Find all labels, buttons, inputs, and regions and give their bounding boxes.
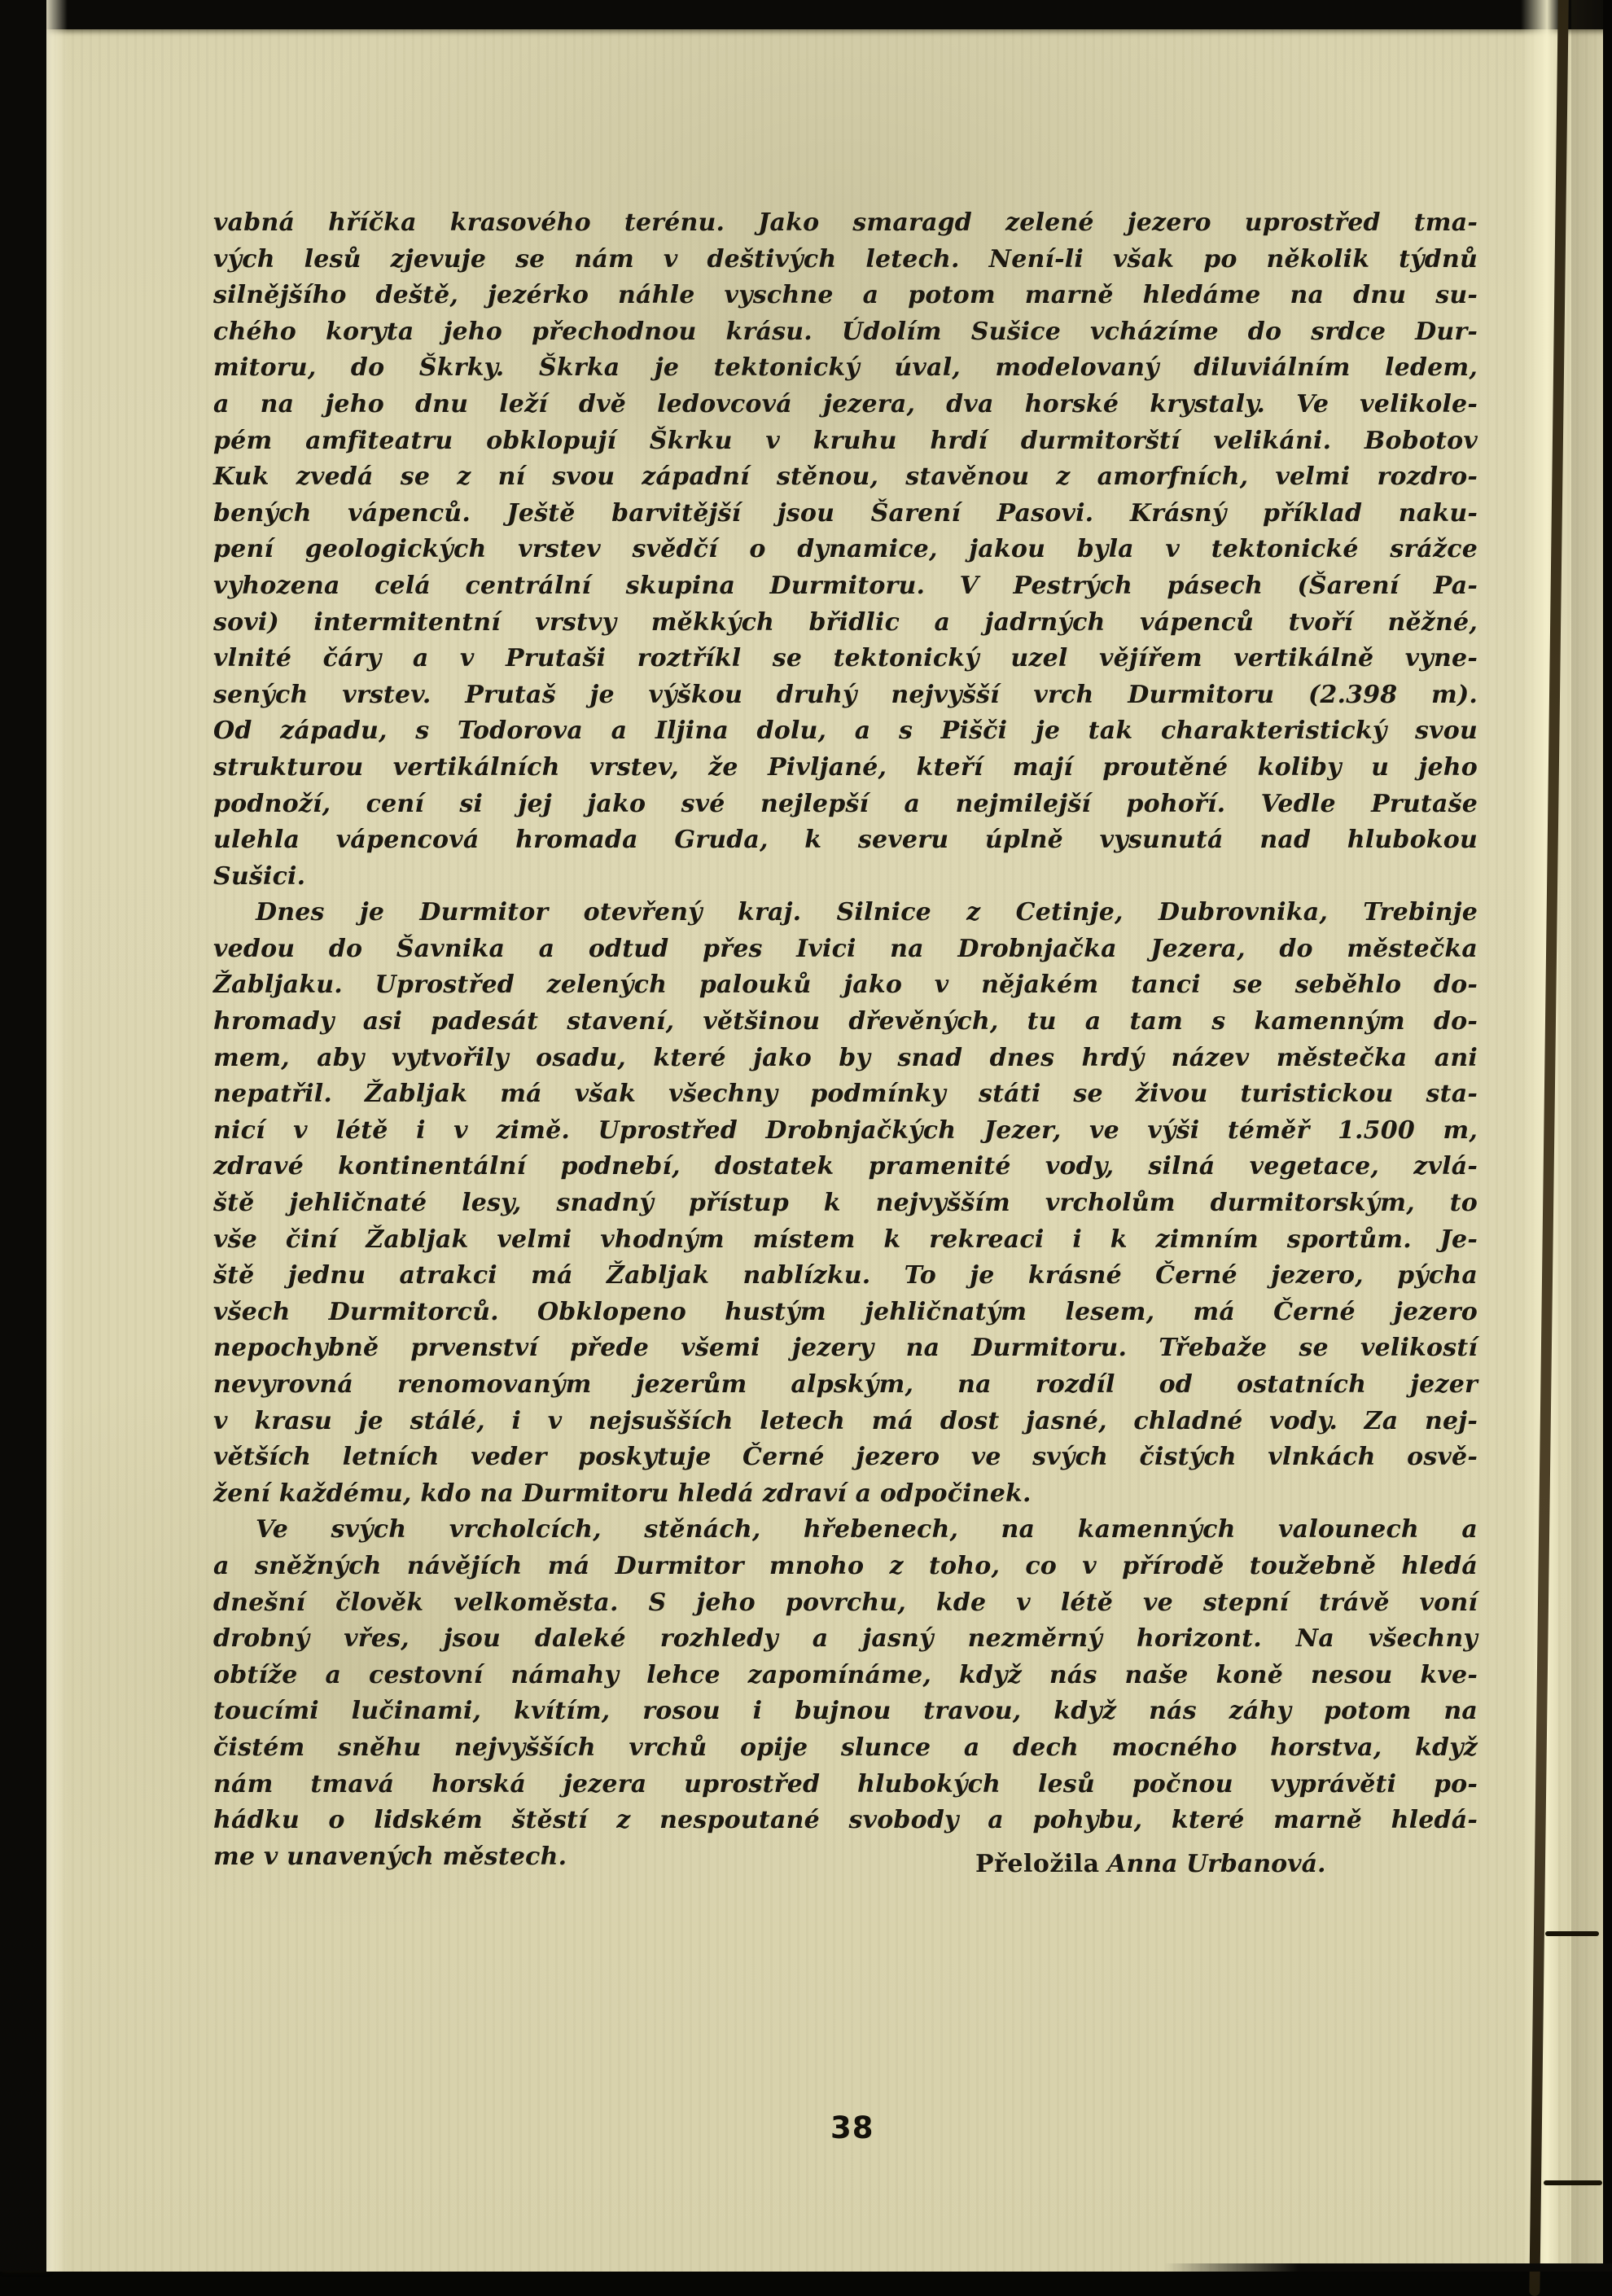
text-line: čistém sněhu nejvyšších vrchů opije slun…: [213, 1730, 1478, 1767]
text-line: vých lesů zjevuje se nám v deštivých let…: [213, 242, 1478, 278]
text-line: nepochybně prvenství přede všemi jezery …: [213, 1330, 1478, 1367]
text-line: vše činí Žabljak velmi vhodným místem k …: [213, 1222, 1478, 1259]
text-line: a sněžných návějích má Durmitor mnoho z …: [213, 1549, 1478, 1585]
text-column: vabná hříčka krasového terénu. Jako smar…: [213, 205, 1478, 1875]
text-line: nám tmavá horská jezera uprostřed hlubok…: [213, 1767, 1478, 1803]
text-line: Dnes je Durmitor otevřený kraj. Silnice …: [213, 895, 1478, 931]
text-line: nepatřil. Žabljak má však všechny podmín…: [213, 1076, 1478, 1113]
text-line: hromady asi padesát stavení, většinou dř…: [213, 1004, 1478, 1041]
scan-border-bottom: [1164, 2263, 1612, 2272]
text-line: zdravé kontinentální podnebí, dostatek p…: [213, 1149, 1478, 1185]
text-line: ště jehličnaté lesy, snadný přístup k ne…: [213, 1185, 1478, 1222]
text-line: obtíže a cestovní námahy lehce zapomínám…: [213, 1658, 1478, 1694]
text-line: Sušici.: [213, 859, 1478, 896]
text-line: větších letních veder poskytuje Černé je…: [213, 1439, 1478, 1476]
text-line: nicí v létě i v zimě. Uprostřed Drobnjač…: [213, 1113, 1478, 1150]
signature-prefix: Přeložila: [975, 1850, 1100, 1878]
page-number: 38: [830, 2110, 874, 2145]
text-line: vabná hříčka krasového terénu. Jako smar…: [213, 205, 1478, 242]
scan-border-left: [0, 0, 46, 2272]
signature-name: Anna Urbanová.: [1107, 1850, 1325, 1878]
text-line: vedou do Šavnika a odtud přes Ivici na D…: [213, 931, 1478, 968]
scan-border-top: [0, 0, 1612, 29]
text-line: Kuk zvedá se z ní svou západní stěnou, s…: [213, 459, 1478, 496]
text-line: chého koryta jeho přechodnou krásu. Údol…: [213, 314, 1478, 351]
text-line: pém amfiteatru obklopují Škrku v kruhu h…: [213, 423, 1478, 460]
scan-border-right: [1603, 0, 1612, 2272]
margin-mark: [1544, 2180, 1602, 2185]
text-line: mitoru, do Škrky. Škrka je tektonický úv…: [213, 350, 1478, 387]
left-edge-highlight: [46, 0, 68, 2272]
text-line: Od západu, s Todorova a Iljina dolu, a s…: [213, 713, 1478, 750]
text-line: nevyrovná renomovaným jezerům alpským, n…: [213, 1367, 1478, 1404]
text-line: Žabljaku. Uprostřed zelených palouků jak…: [213, 967, 1478, 1004]
text-line: a na jeho dnu leží dvě ledovcová jezera,…: [213, 387, 1478, 423]
text-line: pení geologických vrstev svědčí o dynami…: [213, 532, 1478, 568]
text-line: v krasu je stálé, i v nejsušších letech …: [213, 1404, 1478, 1440]
text-line: ště jednu atrakci má Žabljak nablízku. T…: [213, 1258, 1478, 1295]
text-line: strukturou vertikálních vrstev, že Pivlj…: [213, 750, 1478, 787]
text-line: Ve svých vrcholcích, stěnách, hřebenech,…: [213, 1512, 1478, 1549]
text-line: vlnité čáry a v Prutaši roztříkl se tekt…: [213, 641, 1478, 677]
margin-mark: [1545, 1931, 1599, 1936]
text-line: žení každému, kdo na Durmitoru hledá zdr…: [213, 1476, 1478, 1513]
text-line: silnějšího deště, jezérko náhle vyschne …: [213, 278, 1478, 314]
text-line: ulehla vápencová hromada Gruda, k severu…: [213, 822, 1478, 859]
text-line: sených vrstev. Prutaš je výškou druhý ne…: [213, 677, 1478, 714]
text-line: dnešní člověk velkoměsta. S jeho povrchu…: [213, 1585, 1478, 1622]
text-line: bených vápenců. Ještě barvitější jsou Ša…: [213, 496, 1478, 532]
book-page: vabná hříčka krasového terénu. Jako smar…: [0, 0, 1612, 2272]
text-line: hádku o lidském štěstí z nespoutané svob…: [213, 1803, 1478, 1839]
text-line: mem, aby vytvořily osadu, které jako by …: [213, 1041, 1478, 1077]
text-line: vyhozena celá centrální skupina Durmitor…: [213, 568, 1478, 605]
text-line: sovi) intermitentní vrstvy měkkých břidl…: [213, 605, 1478, 642]
text-line: drobný vřes, jsou daleké rozhledy a jasn…: [213, 1621, 1478, 1658]
text-line: podnoží, cení si jej jako své nejlepší a…: [213, 787, 1478, 823]
translator-signature: Přeložila Anna Urbanová.: [975, 1850, 1325, 1878]
text-line: toucími lučinami, kvítím, rosou i bujnou…: [213, 1694, 1478, 1730]
text-line: všech Durmitorců. Obklopeno hustým jehli…: [213, 1295, 1478, 1331]
